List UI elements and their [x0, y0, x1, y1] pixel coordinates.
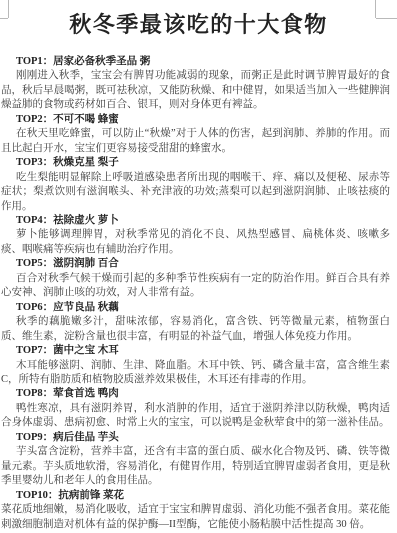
section-heading: TOP6：应节良品 秋藕 — [1, 301, 390, 315]
food-section-top5: TOP5：滋阴润肺 百合 百合对秋季气候干燥而引起的多种季节性疾病有一定的防治作… — [1, 257, 390, 300]
food-section-top4: TOP4：祛除虚火 萝卜 萝卜能够调理脾胃，对秋季常见的消化不良、风热型感冒、扁… — [1, 214, 390, 257]
section-heading: TOP5：滋阴润肺 百合 — [1, 257, 390, 271]
section-body: 萝卜能够调理脾胃，对秋季常见的消化不良、风热型感冒、扁桃体炎、咳嗽多痰、咽喉痛等… — [1, 228, 390, 257]
text-boundary-mark-top-left-vertical — [8, 0, 9, 18]
section-heading: TOP8：荤食首选 鸭肉 — [1, 387, 390, 401]
section-heading: TOP1：居家必备秋季圣品 粥 — [1, 55, 390, 69]
section-body: 在秋天里吃蜂蜜，可以防止“秋燥”对于人体的伤害，起到润肺、养肺的作用。而且比起白… — [1, 127, 390, 156]
section-heading: TOP4：祛除虚火 萝卜 — [1, 214, 390, 228]
section-body: 木耳能够滋阴、润肺、生津、降血脂。木耳中铁、钙、磷含量丰富，富含维生素 C，所特… — [1, 359, 390, 388]
section-body: 吃生梨能明显解除上呼吸道感染患者所出现的咽喉干、痒、痛以及便秘、尿赤等症状；梨煮… — [1, 171, 390, 214]
food-section-top10: TOP10：抗病前锋 菜花 菜花质地细嫩，易消化吸收，适宜于宝宝和脾胃虚弱、消化… — [1, 489, 390, 532]
section-body: 刚刚进入秋季，宝宝会有脾胃功能减弱的现象，而粥正是此时调节脾胃最好的食品，秋后早… — [1, 69, 390, 112]
food-section-top7: TOP7：菌中之宝 木耳 木耳能够滋阴、润肺、生津、降血脂。木耳中铁、钙、磷含量… — [1, 344, 390, 387]
section-heading: TOP7：菌中之宝 木耳 — [1, 344, 390, 358]
food-section-top8: TOP8：荤食首选 鸭肉 鸭性寒凉，具有滋阴养胃，利水消肿的作用，适宜于滋阴养津… — [1, 387, 390, 430]
document-content: TOP1：居家必备秋季圣品 粥 刚刚进入秋季，宝宝会有脾胃功能减弱的现象，而粥正… — [1, 55, 390, 532]
food-section-top3: TOP3：秋燥克星 梨子 吃生梨能明显解除上呼吸道感染患者所出现的咽喉干、痒、痛… — [1, 156, 390, 214]
section-body: 秋季的藕脆嫩多汁，甜味浓郁，容易消化，富含铁、钙等微量元素，植物蛋白质、维生素，… — [1, 315, 390, 344]
section-body: 菜花质地细嫩，易消化吸收，适宜于宝宝和脾胃虚弱、消化功能不强者食用。菜花能刺激细… — [1, 503, 390, 532]
food-section-top2: TOP2：不可不喝 蜂蜜 在秋天里吃蜂蜜，可以防止“秋燥”对于人体的伤害，起到润… — [1, 113, 390, 156]
food-section-top1: TOP1：居家必备秋季圣品 粥 刚刚进入秋季，宝宝会有脾胃功能减弱的现象，而粥正… — [1, 55, 390, 113]
document-page: 秋冬季最该吃的十大食物 TOP1：居家必备秋季圣品 粥 刚刚进入秋季，宝宝会有脾… — [0, 0, 397, 533]
text-boundary-mark-top-right-horizontal — [376, 18, 397, 19]
section-body: 百合对秋季气候干燥而引起的多种季节性疾病有一定的防治作用。鲜百合具有养心安神、润… — [1, 272, 390, 301]
section-heading: TOP2：不可不喝 蜂蜜 — [1, 113, 390, 127]
food-section-top6: TOP6：应节良品 秋藕 秋季的藕脆嫩多汁，甜味浓郁，容易消化，富含铁、钙等微量… — [1, 301, 390, 344]
food-section-top9: TOP9：病后佳品 芋头 芋头富含淀粉，营养丰富，还含有丰富的蛋白质、碳水化合物… — [1, 431, 390, 489]
document-title: 秋冬季最该吃的十大食物 — [0, 0, 397, 39]
text-boundary-mark-top-right-vertical — [375, 0, 376, 18]
section-body: 鸭性寒凉，具有滋阴养胃，利水消肿的作用，适宜于滋阴养津以防秋燥，鸭肉适合身体虚弱… — [1, 402, 390, 431]
section-heading: TOP3：秋燥克星 梨子 — [1, 156, 390, 170]
section-body: 芋头富含淀粉，营养丰富，还含有丰富的蛋白质、碳水化合物及钙、磷、铁等微量元素。芋… — [1, 445, 390, 488]
section-heading: TOP9：病后佳品 芋头 — [1, 431, 390, 445]
section-heading: TOP10：抗病前锋 菜花 — [1, 489, 390, 503]
text-boundary-mark-top-left-horizontal — [0, 18, 8, 19]
